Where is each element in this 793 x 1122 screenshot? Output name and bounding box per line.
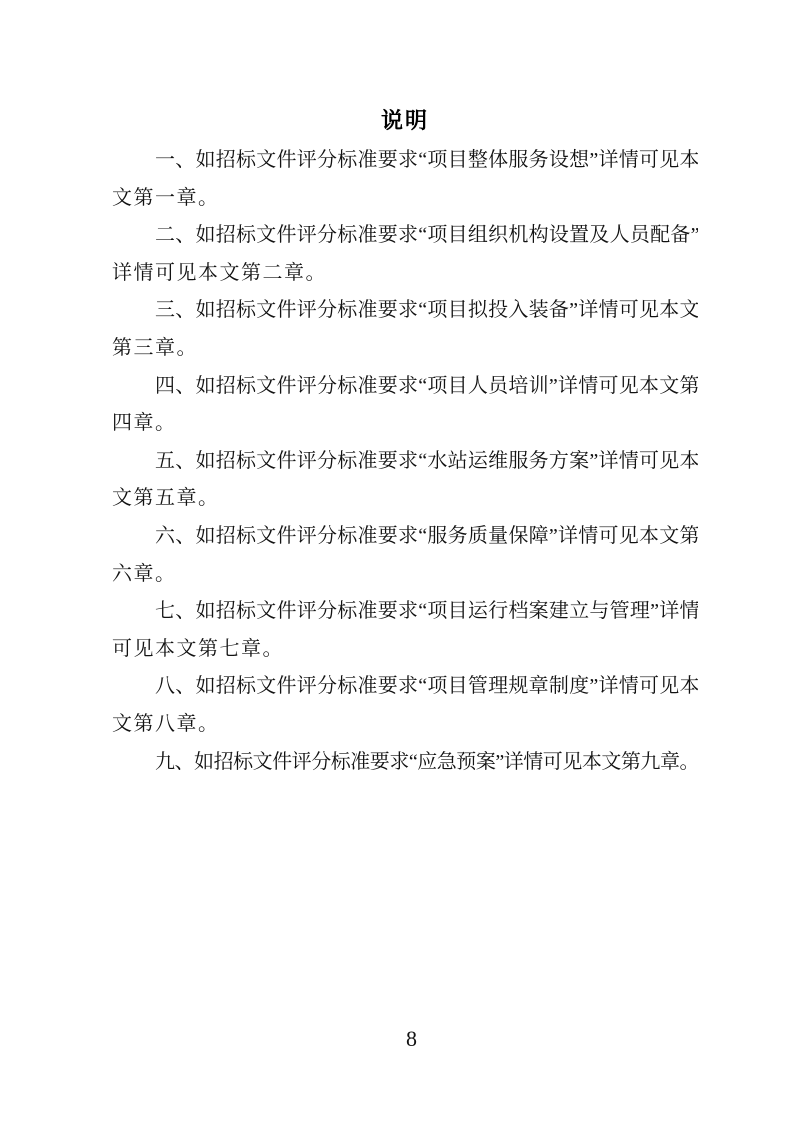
paragraph-line: 四、如招标文件评分标准要求“项目人员培训”详情可见本文第 [112, 368, 698, 406]
paragraph-line: 一、如招标文件评分标准要求“项目整体服务设想”详情可见本 [112, 142, 698, 180]
paragraph-line: 六章。 [112, 556, 698, 594]
paragraph-line: 文第八章。 [112, 706, 698, 744]
paragraph-line: 七、如招标文件评分标准要求“项目运行档案建立与管理”详情 [112, 593, 698, 631]
paragraph: 二、如招标文件评分标准要求“项目组织机构设置及人员配备” 详情可见本文第二章。 [112, 217, 698, 292]
paragraph-line: 可见本文第七章。 [112, 631, 698, 669]
paragraph: 九、如招标文件评分标准要求“应急预案”详情可见本文第九章。 [112, 744, 698, 782]
paragraph: 七、如招标文件评分标准要求“项目运行档案建立与管理”详情 可见本文第七章。 [112, 593, 698, 668]
document-page: 说明 一、如招标文件评分标准要求“项目整体服务设想”详情可见本 文第一章。 二、… [0, 0, 793, 1122]
page-title: 说明 [112, 99, 698, 142]
paragraph: 八、如招标文件评分标准要求“项目管理规章制度”详情可见本 文第八章。 [112, 668, 698, 743]
paragraph: 三、如招标文件评分标准要求“项目拟投入装备”详情可见本文 第三章。 [112, 292, 698, 367]
paragraph-line: 三、如招标文件评分标准要求“项目拟投入装备”详情可见本文 [112, 292, 698, 330]
paragraph: 六、如招标文件评分标准要求“服务质量保障”详情可见本文第 六章。 [112, 518, 698, 593]
paragraph-line: 九、如招标文件评分标准要求“应急预案”详情可见本文第九章。 [112, 744, 698, 782]
paragraph-line: 文第一章。 [112, 180, 698, 218]
paragraph-line: 二、如招标文件评分标准要求“项目组织机构设置及人员配备” [112, 217, 698, 255]
paragraph-line: 详情可见本文第二章。 [112, 255, 698, 293]
paragraph-line: 八、如招标文件评分标准要求“项目管理规章制度”详情可见本 [112, 668, 698, 706]
paragraph: 一、如招标文件评分标准要求“项目整体服务设想”详情可见本 文第一章。 [112, 142, 698, 217]
paragraph-line: 第三章。 [112, 330, 698, 368]
paragraph: 四、如招标文件评分标准要求“项目人员培训”详情可见本文第 四章。 [112, 368, 698, 443]
paragraph-line: 四章。 [112, 405, 698, 443]
paragraph-line: 五、如招标文件评分标准要求“水站运维服务方案”详情可见本 [112, 443, 698, 481]
paragraph: 五、如招标文件评分标准要求“水站运维服务方案”详情可见本 文第五章。 [112, 443, 698, 518]
paragraph-line: 六、如招标文件评分标准要求“服务质量保障”详情可见本文第 [112, 518, 698, 556]
paragraph-line: 文第五章。 [112, 480, 698, 518]
document-content: 说明 一、如招标文件评分标准要求“项目整体服务设想”详情可见本 文第一章。 二、… [112, 99, 698, 781]
page-number: 8 [406, 1028, 417, 1050]
